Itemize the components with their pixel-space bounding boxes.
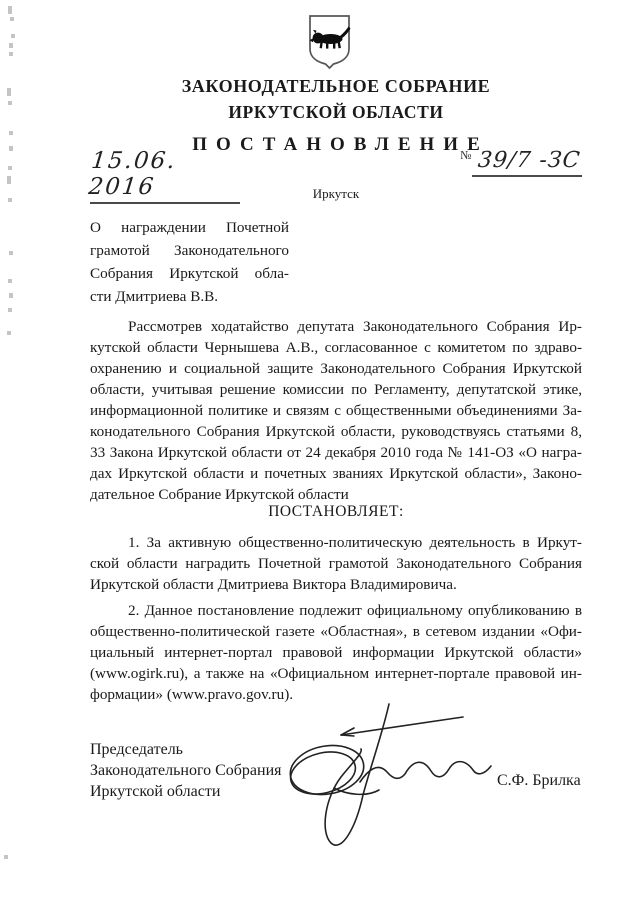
item2-line: общественно-политической газете «Областн… bbox=[90, 621, 582, 642]
preamble-line: дательное Собрание Иркутской области bbox=[90, 484, 582, 505]
scan-artifact bbox=[7, 88, 11, 96]
scan-artifact bbox=[8, 279, 12, 283]
preamble-line: конодательного Собрания Иркутской област… bbox=[90, 421, 582, 442]
resolves-heading: ПОСТАНОВЛЯЕТ: bbox=[90, 503, 582, 521]
item2-line: (www.ogirk.ru), а также на «Официальном … bbox=[90, 663, 582, 684]
item1-line: Иркутской области Дмитриева Виктора Влад… bbox=[90, 574, 582, 595]
scan-artifact bbox=[8, 198, 12, 202]
scan-artifact bbox=[9, 131, 13, 135]
scan-artifact bbox=[10, 17, 14, 21]
subject-line: сти Дмитриева В.В. bbox=[90, 285, 289, 308]
scan-artifact bbox=[8, 101, 12, 105]
item1-line: 1. За активную общественно-политическую … bbox=[90, 532, 582, 553]
signer-position-block: ПредседательЗаконодательного СобранияИрк… bbox=[90, 739, 282, 802]
preamble-line: кутской области Чернышева А.В., согласов… bbox=[90, 337, 582, 358]
preamble-line: информационной политике и связям с общес… bbox=[90, 400, 582, 421]
scan-artifact bbox=[8, 166, 12, 170]
scan-artifact bbox=[7, 331, 11, 335]
scan-artifact bbox=[11, 34, 15, 38]
scan-artifact bbox=[9, 43, 13, 48]
signer-position-line: Иркутской области bbox=[90, 781, 282, 802]
document-number-field: №39/7 -ЗС bbox=[460, 148, 582, 177]
subject-line: Собрания Иркутской обла- bbox=[90, 262, 289, 285]
scan-artifact bbox=[9, 251, 13, 255]
irkutsk-coat-of-arms-icon bbox=[306, 13, 353, 75]
resolution-item-2: 2. Данное постановление подлежит официал… bbox=[90, 600, 582, 705]
scanned-resolution-document: ЗАКОНОДАТЕЛЬНОЕ СОБРАНИЕ ИРКУТСКОЙ ОБЛАС… bbox=[0, 0, 640, 905]
scan-artifact bbox=[9, 52, 13, 56]
scan-artifact bbox=[8, 308, 12, 312]
handwritten-signature bbox=[272, 700, 507, 885]
resolution-item-1: 1. За активную общественно-политическую … bbox=[90, 532, 582, 595]
preamble-line: Рассмотрев ходатайство депутата Законода… bbox=[90, 316, 582, 337]
preamble-line: дах Иркутской области и почетных званиях… bbox=[90, 463, 582, 484]
signer-name: С.Ф. Брилка bbox=[497, 772, 581, 790]
scan-artifact bbox=[8, 6, 12, 14]
item2-line: 2. Данное постановление подлежит официал… bbox=[90, 600, 582, 621]
number-sign: № bbox=[460, 148, 471, 162]
signer-position-line: Председатель bbox=[90, 739, 282, 760]
scan-artifact bbox=[4, 855, 8, 859]
preamble-paragraph: Рассмотрев ходатайство депутата Законода… bbox=[90, 316, 582, 505]
scan-artifact bbox=[7, 176, 11, 184]
preamble-line: области, учитывая решение комиссии по Ре… bbox=[90, 379, 582, 400]
date-number-row: 15.06. 2016 №39/7 -ЗС bbox=[90, 148, 582, 182]
subject-line: грамотой Законодательного bbox=[90, 239, 289, 262]
document-header: ЗАКОНОДАТЕЛЬНОЕ СОБРАНИЕ ИРКУТСКОЙ ОБЛАС… bbox=[90, 76, 582, 156]
preamble-line: охранению и социальной защите Законодате… bbox=[90, 358, 582, 379]
subject-line: О награждении Почетной bbox=[90, 216, 289, 239]
item1-line: ской области наградить Почетной грамотой… bbox=[90, 553, 582, 574]
city-label: Иркутск bbox=[90, 186, 582, 202]
preamble-line: 33 Закона Иркутской области от 24 декабр… bbox=[90, 442, 582, 463]
org-name-line1: ЗАКОНОДАТЕЛЬНОЕ СОБРАНИЕ bbox=[90, 76, 582, 97]
scan-artifact bbox=[9, 146, 13, 151]
handwritten-number: 39/7 -ЗС bbox=[476, 148, 581, 173]
subject-block: О награждении Почетнойграмотой Законодат… bbox=[90, 216, 289, 308]
org-name-line2: ИРКУТСКОЙ ОБЛАСТИ bbox=[90, 102, 582, 123]
signer-position-line: Законодательного Собрания bbox=[90, 760, 282, 781]
item2-line: циальный интернет-портал правовой информ… bbox=[90, 642, 582, 663]
scan-artifact bbox=[9, 293, 13, 298]
